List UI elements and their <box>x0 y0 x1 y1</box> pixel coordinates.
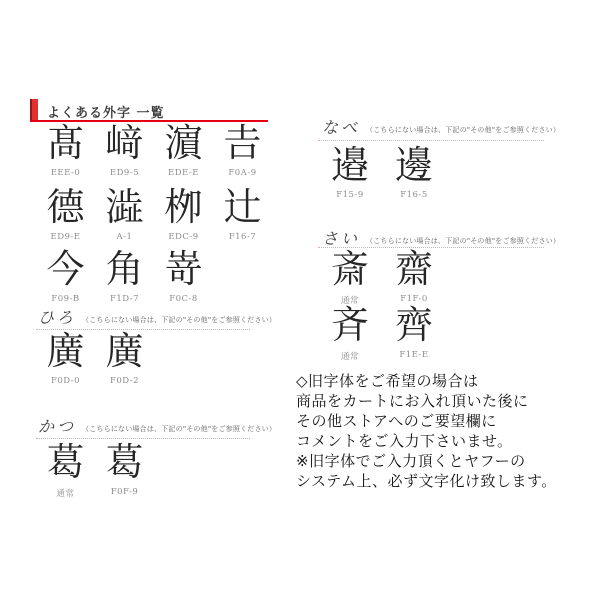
section-header-nabe: なべ （こちらにない場合は、下記の"その他"をご参照ください） <box>322 115 560 138</box>
kanji-row-hiro: 廣 F0D-0 廣 F0D-2 <box>36 332 154 386</box>
kanji-code: F16-5 <box>382 190 446 200</box>
kanji-cell: 斉 通常 <box>318 306 382 362</box>
section-header-katsu: かつ （こちらにない場合は、下記の"その他"をご参照ください） <box>38 414 276 437</box>
kanji-cell: 葛 F0F-9 <box>95 443 154 499</box>
kanji-cell: 廣 F0D-0 <box>36 332 95 386</box>
kanji-glyph: 斎 <box>318 250 382 290</box>
kanji-cell: 嵜 F0C-8 <box>154 250 213 304</box>
kanji-glyph: 﨑 <box>95 124 154 164</box>
kanji-code: F0A-9 <box>213 168 272 178</box>
kanji-cell: 齋 F1F-0 <box>382 250 446 306</box>
notice-line: コメントをご入力下さいませ。 <box>296 431 576 451</box>
gaiji-list-page: よくある外字 一覧 髙 EEE-0 﨑 ED9-5 濵 EDE-E 𠮷 F0A-… <box>0 0 600 600</box>
kanji-code: F0F-9 <box>95 487 154 497</box>
section-label-sai: さい <box>322 226 360 249</box>
section-rule-nabe <box>318 140 544 141</box>
kanji-cell: 濵 EDE-E <box>154 124 213 178</box>
notice-line: ◇旧字体をご希望の場合は <box>296 371 576 391</box>
notice-line: 商品をカートにお入れ頂いた後に <box>296 391 576 411</box>
section-label-nabe: なべ <box>322 115 360 138</box>
kanji-glyph: 齋 <box>382 250 446 290</box>
kanji-grid-row-2: 德 ED9-E 澁 A-1 栁 EDC-9 辻 F16-7 <box>36 188 272 242</box>
kanji-glyph: 齊 <box>382 306 446 346</box>
kanji-code: EDE-E <box>154 168 213 178</box>
kanji-cell: 﨑 ED9-5 <box>95 124 154 178</box>
kanji-grid-row-1: 髙 EEE-0 﨑 ED9-5 濵 EDE-E 𠮷 F0A-9 <box>36 124 272 178</box>
notice-line: その他ストアへのご要望欄に <box>296 411 576 431</box>
page-title: よくある外字 一覧 <box>47 102 165 121</box>
kanji-code: F15-9 <box>318 190 382 200</box>
old-font-notice: ◇旧字体をご希望の場合は 商品をカートにお入れ頂いた後に その他ストアへのご要望… <box>296 371 576 491</box>
kanji-glyph: 栁 <box>154 188 213 228</box>
kanji-row-sai-1: 斎 通常 齋 F1F-0 <box>318 250 446 306</box>
section-label-hiro: ひろ <box>38 305 76 328</box>
kanji-code: 通常 <box>318 350 382 362</box>
kanji-cell: 邊 F16-5 <box>382 146 446 200</box>
kanji-cell: 今 F09-B <box>36 250 95 304</box>
section-note-nabe: （こちらにない場合は、下記の"その他"をご参照ください） <box>366 125 560 138</box>
kanji-glyph: 澁 <box>95 188 154 228</box>
kanji-glyph: 邊 <box>382 146 446 186</box>
kanji-glyph: 廣 <box>95 332 154 372</box>
kanji-row-sai-2: 斉 通常 齊 F1E-E <box>318 306 446 362</box>
kanji-row-nabe: 邉 F15-9 邊 F16-5 <box>318 146 446 200</box>
kanji-code: ED9-E <box>36 232 95 242</box>
kanji-code: F0D-0 <box>36 376 95 386</box>
kanji-code: EDC-9 <box>154 232 213 242</box>
kanji-cell: 葛 通常 <box>36 443 95 499</box>
kanji-code: EEE-0 <box>36 168 95 178</box>
kanji-cell: 角 F1D-7 <box>95 250 154 304</box>
title-red-bar <box>30 99 38 121</box>
kanji-cell: 𠮷 F0A-9 <box>213 124 272 178</box>
section-label-katsu: かつ <box>38 414 76 437</box>
kanji-code: 通常 <box>36 487 95 499</box>
section-header-sai: さい （こちらにない場合は、下記の"その他"をご参照ください） <box>322 226 560 249</box>
notice-line: ※旧字体でご入力頂くとヤフーの <box>296 451 576 471</box>
kanji-grid-row-3: 今 F09-B 角 F1D-7 嵜 F0C-8 <box>36 250 213 304</box>
kanji-code: ED9-5 <box>95 168 154 178</box>
section-note-hiro: （こちらにない場合は、下記の"その他"をご参照ください） <box>82 315 276 328</box>
kanji-code: F0C-8 <box>154 294 213 304</box>
notice-line: システム上、必ず文字化け致します。 <box>296 471 576 491</box>
kanji-code: F16-7 <box>213 232 272 242</box>
kanji-cell: 斎 通常 <box>318 250 382 306</box>
kanji-cell: 辻 F16-7 <box>213 188 272 242</box>
kanji-glyph: 今 <box>36 250 95 290</box>
kanji-glyph: 辻 <box>213 188 272 228</box>
kanji-row-katsu: 葛 通常 葛 F0F-9 <box>36 443 154 499</box>
kanji-glyph: 葛 <box>36 443 95 483</box>
section-note-katsu: （こちらにない場合は、下記の"その他"をご参照ください） <box>82 424 276 437</box>
kanji-glyph: 𠮷 <box>213 124 272 164</box>
kanji-code: F09-B <box>36 294 95 304</box>
kanji-code: F0D-2 <box>95 376 154 386</box>
kanji-cell: 德 ED9-E <box>36 188 95 242</box>
kanji-glyph: 德 <box>36 188 95 228</box>
section-rule-katsu <box>36 438 250 439</box>
kanji-glyph: 嵜 <box>154 250 213 290</box>
kanji-cell: 廣 F0D-2 <box>95 332 154 386</box>
kanji-glyph: 髙 <box>36 124 95 164</box>
kanji-cell: 邉 F15-9 <box>318 146 382 200</box>
kanji-code: F1E-E <box>382 350 446 360</box>
kanji-glyph: 濵 <box>154 124 213 164</box>
kanji-glyph: 邉 <box>318 146 382 186</box>
kanji-code: A-1 <box>95 232 154 242</box>
kanji-cell: 齊 F1E-E <box>382 306 446 362</box>
section-header-hiro: ひろ （こちらにない場合は、下記の"その他"をご参照ください） <box>38 305 276 328</box>
kanji-glyph: 斉 <box>318 306 382 346</box>
kanji-glyph: 角 <box>95 250 154 290</box>
kanji-glyph: 廣 <box>36 332 95 372</box>
kanji-cell: 澁 A-1 <box>95 188 154 242</box>
kanji-cell: 栁 EDC-9 <box>154 188 213 242</box>
kanji-glyph: 葛 <box>95 443 154 483</box>
kanji-code: F1D-7 <box>95 294 154 304</box>
kanji-cell: 髙 EEE-0 <box>36 124 95 178</box>
